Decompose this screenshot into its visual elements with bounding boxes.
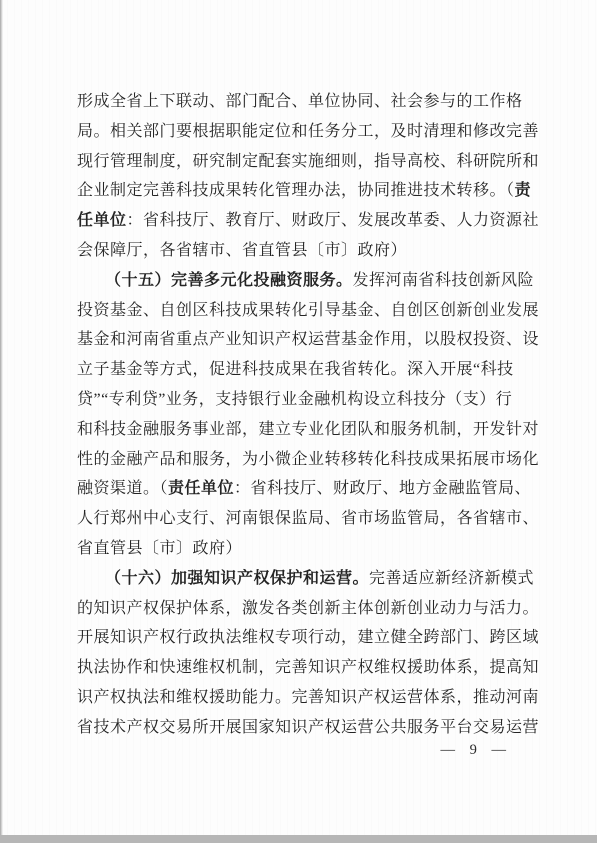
text-line: 投资基金、自创区科技成果转化引导基金、自创区创新创业发展 (77, 296, 537, 326)
text-line: 识产权执法和维权援助能力。完善知识产权运营体系，推动河南 (77, 683, 537, 713)
text-segment: 融资渠道。（ (77, 480, 168, 497)
text-line: 执法协作和快速维权机制，完善知识产权维权援助体系，提高知 (77, 653, 537, 683)
text-line: 性的金融产品和服务，为小微企业转移转化科技成果拓展市场化 (77, 445, 537, 475)
text-segment: 投资基金、自创区科技成果转化引导基金、自创区创新创业发展 (77, 302, 539, 319)
bold-text-segment: （十五）完善多元化投融资服务。 (105, 272, 353, 289)
document-body: 形成全省上下联动、部门配合、单位协同、社会参与的工作格局。相关部门要根据职能定位… (77, 87, 537, 743)
text-segment: ：省科技厅、财政厅、地方金融监管局、 (234, 480, 531, 497)
text-line: 开展知识产权行政执法维权专项行动，建立健全跨部门、跨区域 (77, 623, 537, 653)
text-line: 立子基金等方式，促进科技成果在我省转化。深入开展“科技 (77, 355, 537, 385)
text-line: 形成全省上下联动、部门配合、单位协同、社会参与的工作格 (77, 87, 537, 117)
text-line: 人行郑州中心支行、河南银保监局、省市场监管局，各省辖市、 (77, 504, 537, 534)
text-segment: 识产权执法和维权援助能力。完善知识产权运营体系，推动河南 (77, 689, 539, 706)
text-line: （十五）完善多元化投融资服务。发挥河南省科技创新风险 (77, 266, 537, 296)
text-line: 省技术产权交易所开展国家知识产权运营公共服务平台交易运营 (77, 713, 537, 743)
text-line: 融资渠道。（责任单位：省科技厅、财政厅、地方金融监管局、 (77, 474, 537, 504)
scan-left-edge-shadow (0, 0, 3, 843)
bold-text-segment: 责任单位 (168, 480, 234, 497)
text-segment: 省技术产权交易所开展国家知识产权运营公共服务平台交易运营 (77, 719, 539, 736)
bold-text-segment: （十六）加强知识产权保护和运营。 (105, 570, 369, 587)
text-segment: 基金和河南省重点产业知识产权运营基金作用，以股权投资、设 (77, 331, 539, 348)
page-number: — 9 — (441, 742, 508, 759)
text-segment: 贷”“专利贷”业务，支持银行业金融机构设立科技分（支）行 (77, 391, 512, 408)
text-segment: 开展知识产权行政执法维权专项行动，建立健全跨部门、跨区域 (77, 629, 539, 646)
text-segment: 省直管县〔市〕政府） (77, 540, 242, 557)
text-segment: 形成全省上下联动、部门配合、单位协同、社会参与的工作格 (77, 93, 523, 110)
text-line: 省直管县〔市〕政府） (77, 534, 537, 564)
text-line: 企业制定完善科技成果转化管理办法，协同推进技术转移。（责 (77, 176, 537, 206)
text-segment: 会保障厅，各省辖市、省直管县〔市〕政府） (77, 242, 407, 259)
text-line: 任单位：省科技厅、教育厅、财政厅、发展改革委、人力资源社 (77, 206, 537, 236)
text-segment: 和科技金融服务事业部，建立专业化团队和服务机制，开发针对 (77, 421, 539, 438)
text-segment: 立子基金等方式，促进科技成果在我省转化。深入开展“科技 (77, 361, 514, 378)
text-line: 和科技金融服务事业部，建立专业化团队和服务机制，开发针对 (77, 415, 537, 445)
bold-text-segment: 任单位 (77, 212, 127, 229)
scanned-document-page: 形成全省上下联动、部门配合、单位协同、社会参与的工作格局。相关部门要根据职能定位… (0, 0, 597, 843)
text-segment: ：省科技厅、教育厅、财政厅、发展改革委、人力资源社 (127, 212, 540, 229)
text-line: 贷”“专利贷”业务，支持银行业金融机构设立科技分（支）行 (77, 385, 537, 415)
text-segment: 的知识产权保护体系，激发各类创新主体创新创业动力与活力。 (77, 600, 539, 617)
text-line: 基金和河南省重点产业知识产权运营基金作用，以股权投资、设 (77, 325, 537, 355)
text-segment: 现行管理制度，研究制定配套实施细则，指导高校、科研院所和 (77, 153, 539, 170)
text-segment: 性的金融产品和服务，为小微企业转移转化科技成果拓展市场化 (77, 451, 539, 468)
text-segment: 发挥河南省科技创新风险 (353, 272, 535, 289)
text-line: 的知识产权保护体系，激发各类创新主体创新创业动力与活力。 (77, 594, 537, 624)
text-segment: 局。相关部门要根据职能定位和任务分工，及时清理和修改完善 (77, 123, 539, 140)
text-line: （十六）加强知识产权保护和运营。完善适应新经济新模式 (77, 564, 537, 594)
text-line: 局。相关部门要根据职能定位和任务分工，及时清理和修改完善 (77, 117, 537, 147)
text-segment: 人行郑州中心支行、河南银保监局、省市场监管局，各省辖市、 (77, 510, 539, 527)
text-segment: 完善适应新经济新模式 (369, 570, 534, 587)
text-line: 会保障厅，各省辖市、省直管县〔市〕政府） (77, 236, 537, 266)
text-segment: 企业制定完善科技成果转化管理办法，协同推进技术转移。（ (77, 182, 515, 199)
text-segment: 执法协作和快速维权机制，完善知识产权维权援助体系，提高知 (77, 659, 539, 676)
text-line: 现行管理制度，研究制定配套实施细则，指导高校、科研院所和 (77, 147, 537, 177)
bold-text-segment: 责 (515, 182, 532, 199)
scan-bottom-strip (0, 835, 597, 843)
